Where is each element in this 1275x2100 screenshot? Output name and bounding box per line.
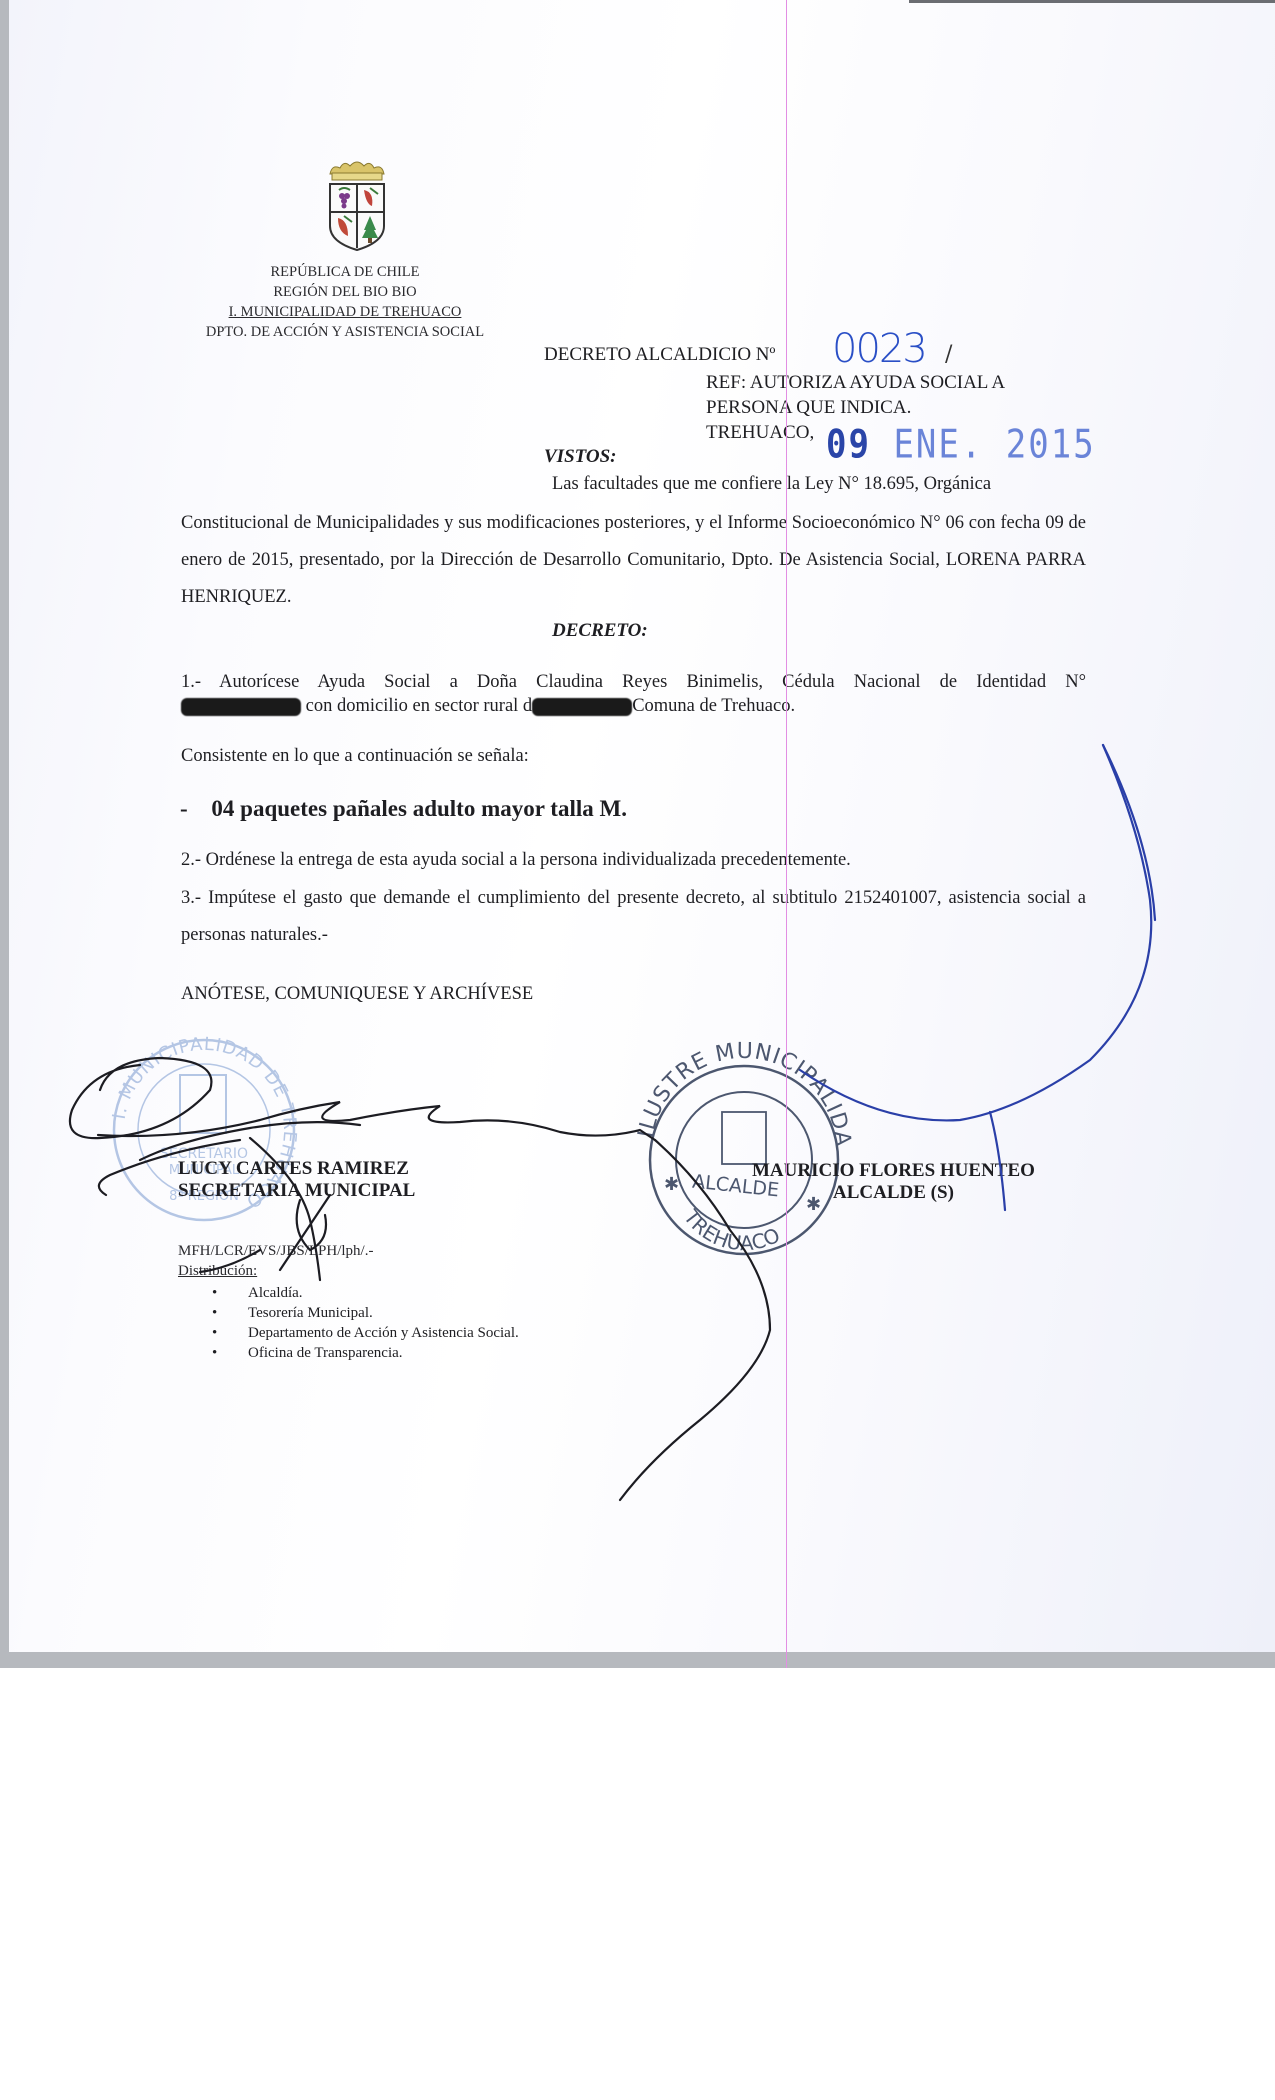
aid-item-dash: - — [180, 796, 188, 821]
distribution-label: Distribución: — [178, 1263, 257, 1280]
aid-item-text: 04 paquetes pañales adulto mayor talla M… — [211, 796, 627, 821]
decreto-point-3: 3.- Impútese el gasto que demande el cum… — [181, 880, 1086, 954]
secretary-signature-block: LUCY CARTES RAMIREZ SECRETARIA MUNICIPAL — [178, 1158, 415, 1202]
municipal-coat-of-arms-icon — [322, 160, 392, 252]
point-1-line-1: 1.- Autorícese Ayuda Social a Doña Claud… — [181, 670, 1086, 694]
reference-line-1: REF: AUTORIZA AYUDA SOCIAL A — [706, 370, 1005, 395]
distribution-item: Tesorería Municipal. — [212, 1303, 519, 1323]
consistente-text: Consistente en lo que a continuación se … — [181, 746, 529, 767]
letterhead-country: REPÚBLICA DE CHILE — [170, 262, 520, 282]
decree-number-slash: / — [945, 342, 952, 367]
secretary-name: LUCY CARTES RAMIREZ — [178, 1158, 415, 1180]
decree-number-handwritten: 0023 — [832, 326, 926, 372]
letterhead-municipality: I. MUNICIPALIDAD DE TREHUACO — [170, 302, 520, 322]
letterhead: REPÚBLICA DE CHILE REGIÓN DEL BIO BIO I.… — [170, 262, 520, 342]
date-stamp-month-year: ENE. 2015 — [893, 422, 1095, 468]
letterhead-region: REGIÓN DEL BIO BIO — [170, 282, 520, 302]
vistos-label: VISTOS: — [544, 446, 617, 468]
reference-line-2: PERSONA QUE INDICA. — [706, 395, 1005, 420]
distribution-list: Alcaldía. Tesorería Municipal. Departame… — [212, 1283, 519, 1363]
mayor-title: ALCALDE (S) — [752, 1182, 1035, 1204]
document-page — [9, 0, 1275, 1652]
vistos-first-line: Las facultades que me confiere la Ley N°… — [552, 474, 991, 495]
point-1-commune: Comuna de Trehuaco. — [632, 696, 795, 716]
decreto-point-1: 1.- Autorícese Ayuda Social a Doña Claud… — [181, 670, 1086, 718]
mayor-name: MAURICIO FLORES HUENTEO — [752, 1160, 1035, 1182]
aid-item: - 04 paquetes pañales adulto mayor talla… — [180, 796, 627, 822]
redacted-id-number — [181, 698, 301, 716]
mayor-signature-block: MAURICIO FLORES HUENTEO ALCALDE (S) — [752, 1160, 1035, 1204]
distribution-item: Oficina de Transparencia. — [212, 1343, 519, 1363]
closing-formula: ANÓTESE, COMUNIQUESE Y ARCHÍVESE — [181, 984, 533, 1005]
decreto-point-2: 2.- Ordénese la entrega de esta ayuda so… — [181, 850, 851, 871]
page-top-shadow — [909, 0, 1275, 3]
initials-line: MFH/LCR/EVS/JBS/LPH/lph/.- — [178, 1243, 373, 1260]
decreto-label: DECRETO: — [552, 620, 648, 642]
date-stamp: 09 ENE. 2015 — [826, 422, 1096, 468]
distribution-item: Alcaldía. — [212, 1283, 519, 1303]
redacted-location — [532, 698, 632, 716]
scan-margin-line — [786, 0, 787, 1668]
letterhead-department: DPTO. DE ACCIÓN Y ASISTENCIA SOCIAL — [170, 322, 520, 342]
decree-title: DECRETO ALCALDICIO Nº — [544, 344, 775, 366]
distribution-item: Departamento de Acción y Asistencia Soci… — [212, 1323, 519, 1343]
vistos-paragraph: Constitucional de Municipalidades y sus … — [181, 505, 1086, 616]
secretary-title: SECRETARIA MUNICIPAL — [178, 1180, 415, 1202]
point-1-line-2: con domicilio en sector rural dComuna de… — [181, 694, 1086, 718]
date-stamp-day: 09 — [826, 422, 871, 468]
point-1-domicile: con domicilio en sector rural d — [306, 696, 533, 716]
